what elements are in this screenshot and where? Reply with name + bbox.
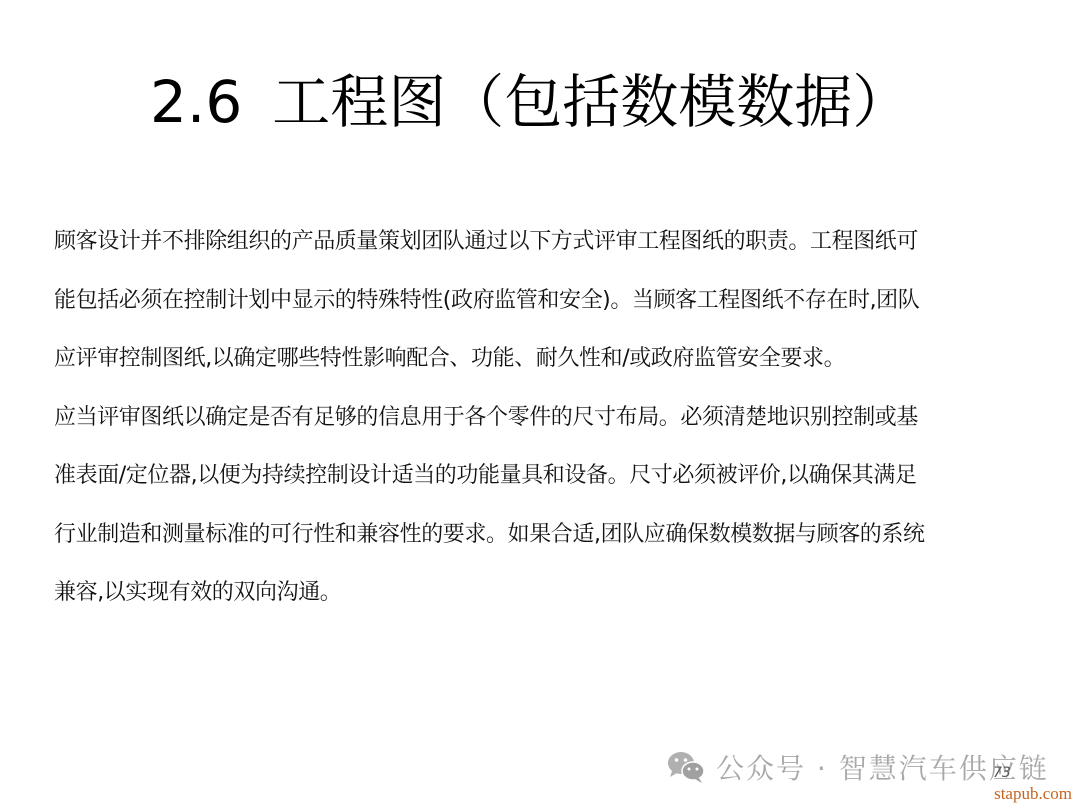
body-line: 行业制造和测量标准的可行性和兼容性的要求。如果合适,团队应确保数模数据与顾客的系… [54, 523, 1044, 582]
slide-title: 2.6工程图（包括数模数据） [150, 62, 910, 142]
body-line: 能包括必须在控制计划中显示的特殊特性(政府监管和安全)。当顾客工程图纸不存在时,… [54, 289, 1044, 348]
wechat-watermark: 公众号 · 智慧汽车供应链 [666, 747, 1049, 787]
section-title: 工程图（包括数模数据） [272, 68, 910, 136]
body-line: 兼容,以实现有效的双向沟通。 [54, 581, 1044, 640]
body-line: 应当评审图纸以确定是否有足够的信息用于各个零件的尺寸布局。必须清楚地识别控制或基 [54, 406, 1044, 465]
body-line: 顾客设计并不排除组织的产品质量策划团队通过以下方式评审工程图纸的职责。工程图纸可 [54, 230, 1044, 289]
slide-body: 顾客设计并不排除组织的产品质量策划团队通过以下方式评审工程图纸的职责。工程图纸可… [54, 230, 1044, 640]
body-line: 准表面/定位器,以便为持续控制设计适当的功能量具和设备。尺寸必须被评价,以确保其… [54, 464, 1044, 523]
site-tag: stapub.com [994, 784, 1072, 804]
body-line: 应评审控制图纸,以确定哪些特性影响配合、功能、耐久性和/或政府监管安全要求。 [54, 347, 1044, 406]
page-number: 73 [993, 765, 1011, 781]
wechat-icon [666, 750, 706, 784]
section-number: 2.6 [150, 68, 242, 136]
